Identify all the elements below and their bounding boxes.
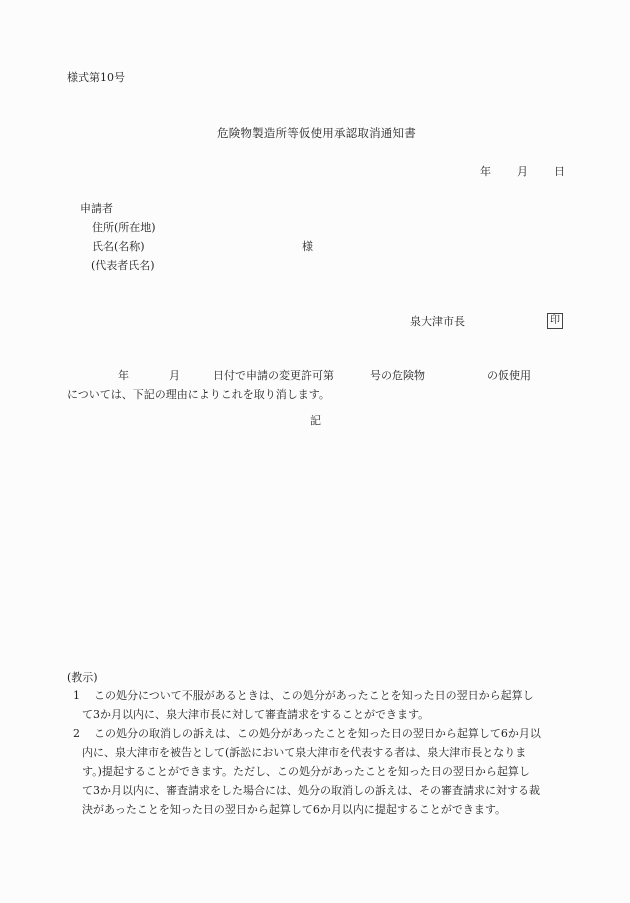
seal-mark: 印 (547, 313, 563, 329)
body-number-hazard: 号の危険物 (370, 370, 425, 381)
document-title: 危険物製造所等仮使用承認取消通知書 (217, 128, 416, 140)
notice-item-2: 2この処分の取消しの訴えは、この処分があったことを知った日の翌日から起算して6か… (67, 728, 567, 823)
body-line-2: については、下記の理由によりこれを取り消します。 (67, 389, 330, 400)
body-line-1: 年月日付で申請の変更許可第号の危険物の仮使用 (118, 370, 531, 381)
applicant-heading: 申請者 (80, 203, 113, 214)
representative-label: (代表者氏名) (91, 260, 155, 271)
notice-line: 決があったことを知った日の翌日から起算して6か月以内に提起することができます。 (67, 804, 567, 823)
notice-number: 1 (67, 690, 94, 701)
issuer-title: 泉大津市長 (410, 316, 465, 327)
ki-heading: 記 (310, 415, 321, 426)
notice-line: 内に、泉大津市を被告として(訴訟において泉大津市を代表する者は、泉大津市長となり… (67, 747, 567, 766)
honorific: 様 (302, 241, 313, 252)
notice-heading: (教示) (67, 672, 98, 683)
date-year-label: 年 (480, 166, 491, 177)
address-label: 住所(所在地) (92, 222, 156, 233)
body-month: 月 (169, 370, 180, 381)
body-date-permit: 日付で申請の変更許可第 (213, 370, 334, 381)
notice-number: 2 (67, 728, 94, 739)
date-line: 年月日 (480, 166, 565, 177)
notice-line: 2この処分の取消しの訴えは、この処分があったことを知った日の翌日から起算して6か… (67, 728, 567, 747)
notice-line: す。)提起することができます。ただし、この処分があったことを知った日の翌日から起… (67, 766, 567, 785)
name-label: 氏名(名称) (92, 241, 145, 252)
body-year: 年 (118, 370, 129, 381)
notice-line: て3か月以内に、泉大津市長に対して審査請求をすることができます。 (67, 709, 567, 728)
notice-line: て3か月以内に、審査請求をした場合には、処分の取消しの訴えは、その審査請求に対す… (67, 785, 567, 804)
date-day-label: 日 (554, 166, 565, 177)
notice-text: この処分について不服があるときは、この処分があったことを知った日の翌日から起算し (94, 689, 534, 702)
notice-text: この処分の取消しの訴えは、この処分があったことを知った日の翌日から起算して6か月… (94, 727, 541, 740)
notice-line: 1この処分について不服があるときは、この処分があったことを知った日の翌日から起算… (67, 690, 567, 709)
form-number: 様式第10号 (67, 72, 125, 83)
body-provisional-use: の仮使用 (487, 370, 531, 381)
date-month-label: 月 (517, 166, 528, 177)
notice-item-1: 1この処分について不服があるときは、この処分があったことを知った日の翌日から起算… (67, 690, 567, 728)
